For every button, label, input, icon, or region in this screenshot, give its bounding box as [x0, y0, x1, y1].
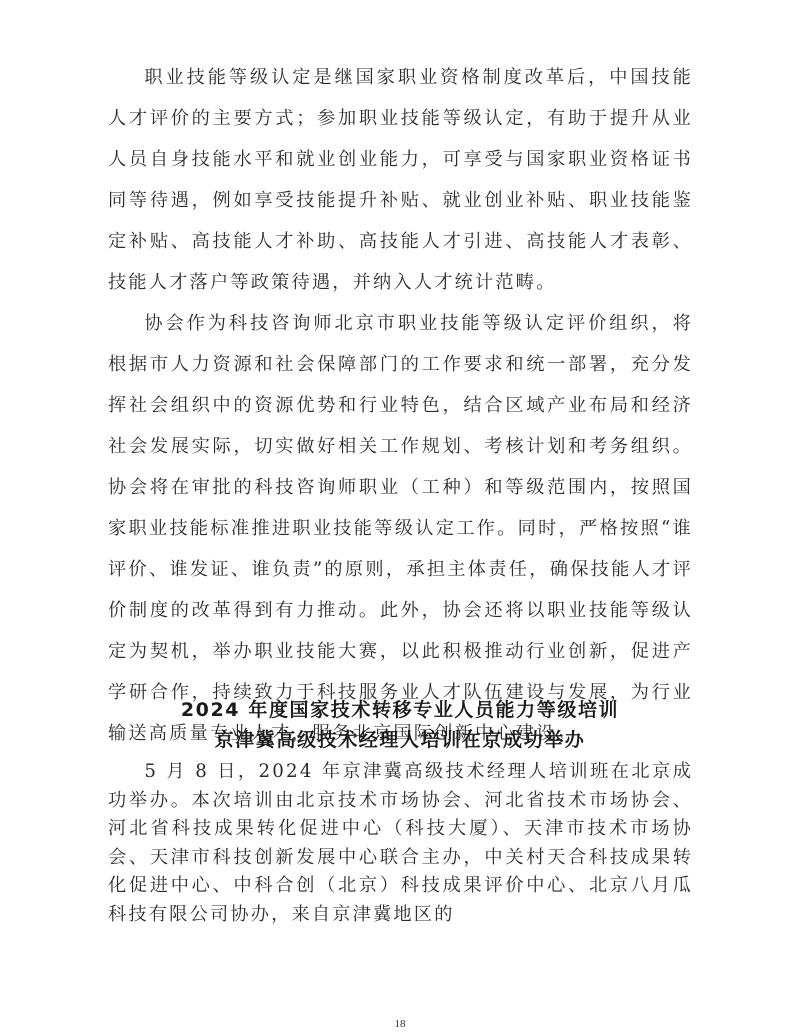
- document-page: 职业技能等级认定是继国家职业资格制度改革后，中国技能人才评价的主要方式；参加职业…: [0, 0, 800, 1035]
- paragraph-association-role: 协会作为科技咨询师北京市职业技能等级认定评价组织，将根据市人力资源和社会保障部门…: [108, 303, 693, 754]
- article-heading-line-1: 2024 年度国家技术转移专业人员能力等级培训: [100, 695, 700, 725]
- article-heading: 2024 年度国家技术转移专业人员能力等级培训 京津冀高级技术经理人培训在京成功…: [100, 695, 700, 755]
- vocational-skill-section: 职业技能等级认定是继国家职业资格制度改革后，中国技能人才评价的主要方式；参加职业…: [108, 57, 693, 754]
- paragraph-skill-certification: 职业技能等级认定是继国家职业资格制度改革后，中国技能人才评价的主要方式；参加职业…: [108, 57, 693, 303]
- paragraph-training-event: 5 月 8 日，2024 年京津冀高级技术经理人培训班在北京成功举办。本次培训由…: [108, 758, 693, 929]
- article-body: 5 月 8 日，2024 年京津冀高级技术经理人培训班在北京成功举办。本次培训由…: [108, 758, 693, 929]
- page-number: 18: [0, 1018, 800, 1030]
- article-heading-line-2: 京津冀高级技术经理人培训在京成功举办: [100, 725, 700, 755]
